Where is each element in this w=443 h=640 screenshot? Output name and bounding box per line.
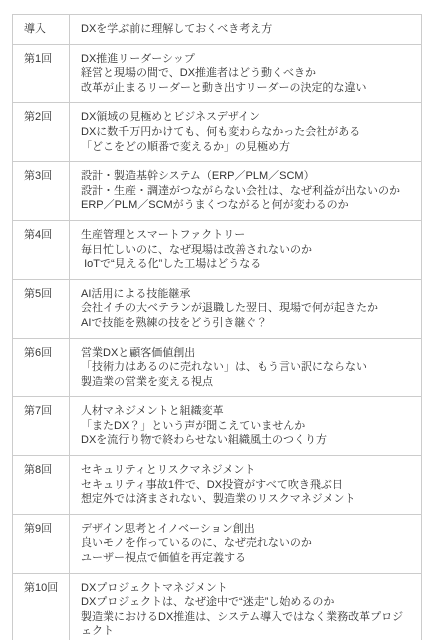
course-table-body: 導入DXを学ぶ前に理解しておくべき考え方第1回DX推進リーダーシップ経営と現場の… — [13, 15, 422, 640]
session-detail-line: IoTで“見える化”した工場はどうなる — [81, 257, 413, 272]
table-row: 第8回セキュリティとリスクマネジメントセキュリティ事故1件で、DX投資がすべて吹… — [13, 456, 422, 515]
table-row: 第7回人材マネジメントと組織変革「またDX？」という声が聞こえていませんかDXを… — [13, 397, 422, 456]
session-detail-line: 「どこをどの順番で変えるか」の見極め方 — [81, 140, 413, 155]
session-detail-line: ユーザー視点で価値を再定義する — [81, 551, 413, 566]
session-content-cell: 生産管理とスマートファクトリー毎日忙しいのに、なぜ現場は改善されないのか IoT… — [70, 220, 422, 279]
session-label: 第3回 — [13, 162, 70, 221]
session-detail-line: セキュリティ事故1件で、DX投資がすべて吹き飛ぶ日 — [81, 478, 413, 493]
table-row: 第4回生産管理とスマートファクトリー毎日忙しいのに、なぜ現場は改善されないのか … — [13, 220, 422, 279]
session-detail-line: 良いモノを作っているのに、なぜ売れないのか — [81, 536, 413, 551]
session-detail-line: 「またDX？」という声が聞こえていませんか — [81, 419, 413, 434]
session-title: 営業DXと顧客価値創出 — [81, 346, 413, 361]
session-label: 第4回 — [13, 220, 70, 279]
session-title: DX推進リーダーシップ — [81, 52, 413, 67]
session-detail-line: ERP／PLM／SCMがうまくつながると何が変わるのか — [81, 198, 413, 213]
session-label: 第2回 — [13, 103, 70, 162]
session-label: 導入 — [13, 15, 70, 45]
session-detail-line: DXプロジェクトは、なぜ途中で“迷走”し始めるのか — [81, 595, 413, 610]
session-content-cell: DXプロジェクトマネジメントDXプロジェクトは、なぜ途中で“迷走”し始めるのか製… — [70, 573, 422, 640]
session-detail-line: AIで技能を熟練の技をどう引き継ぐ？ — [81, 316, 413, 331]
session-title: DXを学ぶ前に理解しておくべき考え方 — [81, 22, 413, 37]
session-detail-line: 想定外では済まされない、製造業のリスクマネジメント — [81, 492, 413, 507]
session-content-cell: 設計・製造基幹システム（ERP／PLM／SCM）設計・生産・調達がつながらない会… — [70, 162, 422, 221]
table-row: 第9回デザイン思考とイノベーション創出良いモノを作っているのに、なぜ売れないのか… — [13, 514, 422, 573]
session-detail-line: 製造業におけるDX推進は、システム導入ではなく業務改革プロジェクト — [81, 610, 413, 639]
session-detail-line: 経営と現場の間で、DX推進者はどう動くべきか — [81, 66, 413, 81]
session-label: 第10回 — [13, 573, 70, 640]
session-content-cell: DX推進リーダーシップ経営と現場の間で、DX推進者はどう動くべきか改革が止まるリ… — [70, 44, 422, 103]
course-schedule-table: 導入DXを学ぶ前に理解しておくべき考え方第1回DX推進リーダーシップ経営と現場の… — [12, 14, 422, 640]
session-title: DX領域の見極めとビジネスデザイン — [81, 110, 413, 125]
session-title: 生産管理とスマートファクトリー — [81, 228, 413, 243]
session-label: 第9回 — [13, 514, 70, 573]
session-detail-line: 製造業の営業を変える視点 — [81, 375, 413, 390]
session-label: 第6回 — [13, 338, 70, 397]
session-title: DXプロジェクトマネジメント — [81, 581, 413, 596]
session-content-cell: AI活用による技能継承会社イチの大ベテランが退職した翌日、現場で何が起きたかAI… — [70, 279, 422, 338]
session-title: 設計・製造基幹システム（ERP／PLM／SCM） — [81, 169, 413, 184]
session-content-cell: デザイン思考とイノベーション創出良いモノを作っているのに、なぜ売れないのかユーザ… — [70, 514, 422, 573]
table-row: 第5回AI活用による技能継承会社イチの大ベテランが退職した翌日、現場で何が起きた… — [13, 279, 422, 338]
session-title: デザイン思考とイノベーション創出 — [81, 522, 413, 537]
session-content-cell: DXを学ぶ前に理解しておくべき考え方 — [70, 15, 422, 45]
session-content-cell: 営業DXと顧客価値創出「技術力はあるのに売れない」は、もう言い訳にならない製造業… — [70, 338, 422, 397]
session-label: 第8回 — [13, 456, 70, 515]
session-label: 第1回 — [13, 44, 70, 103]
session-detail-line: 会社イチの大ベテランが退職した翌日、現場で何が起きたか — [81, 301, 413, 316]
session-label: 第5回 — [13, 279, 70, 338]
session-title: セキュリティとリスクマネジメント — [81, 463, 413, 478]
session-content-cell: 人材マネジメントと組織変革「またDX？」という声が聞こえていませんかDXを流行り… — [70, 397, 422, 456]
table-row: 第6回営業DXと顧客価値創出「技術力はあるのに売れない」は、もう言い訳にならない… — [13, 338, 422, 397]
table-row: 第2回DX領域の見極めとビジネスデザインDXに数千万円かけても、何も変わらなかっ… — [13, 103, 422, 162]
session-label: 第7回 — [13, 397, 70, 456]
session-detail-line: 設計・生産・調達がつながらない会社は、なぜ利益が出ないのか — [81, 184, 413, 199]
session-detail-line: 改革が止まるリーダーと動き出すリーダーの決定的な違い — [81, 81, 413, 96]
session-detail-line: 毎日忙しいのに、なぜ現場は改善されないのか — [81, 243, 413, 258]
table-row: 導入DXを学ぶ前に理解しておくべき考え方 — [13, 15, 422, 45]
session-title: 人材マネジメントと組織変革 — [81, 404, 413, 419]
table-row: 第10回DXプロジェクトマネジメントDXプロジェクトは、なぜ途中で“迷走”し始め… — [13, 573, 422, 640]
session-detail-line: DXを流行り物で終わらせない組織風土のつくり方 — [81, 433, 413, 448]
session-detail-line: 「技術力はあるのに売れない」は、もう言い訳にならない — [81, 360, 413, 375]
session-content-cell: セキュリティとリスクマネジメントセキュリティ事故1件で、DX投資がすべて吹き飛ぶ… — [70, 456, 422, 515]
session-title: AI活用による技能継承 — [81, 287, 413, 302]
table-row: 第1回DX推進リーダーシップ経営と現場の間で、DX推進者はどう動くべきか改革が止… — [13, 44, 422, 103]
table-row: 第3回設計・製造基幹システム（ERP／PLM／SCM）設計・生産・調達がつながら… — [13, 162, 422, 221]
session-detail-line: DXに数千万円かけても、何も変わらなかった会社がある — [81, 125, 413, 140]
session-content-cell: DX領域の見極めとビジネスデザインDXに数千万円かけても、何も変わらなかった会社… — [70, 103, 422, 162]
